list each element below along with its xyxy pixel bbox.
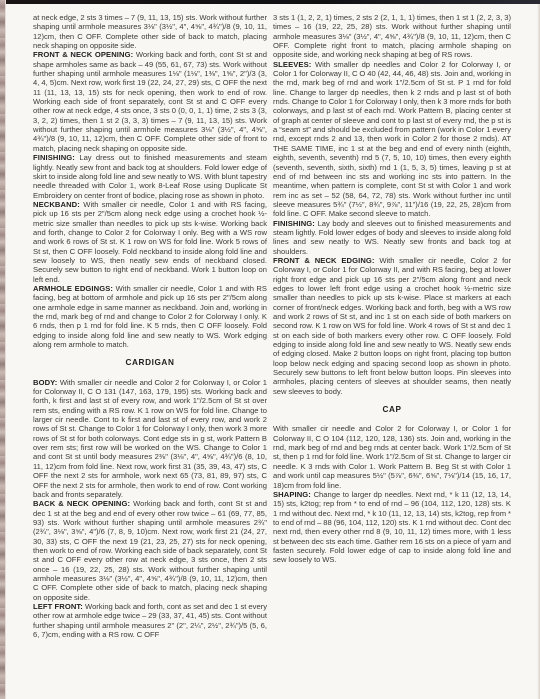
pattern-paragraph: 3 sts 1 (1, 2, 2, 1) times, 2 sts 2 (2, … (273, 13, 511, 60)
scanned-pattern-page: at neck edge, 2 sts 3 times – 7 (9, 11, … (0, 0, 540, 699)
pattern-paragraph: FINISHING: Lay body and sleeves out to f… (273, 219, 511, 256)
pattern-paragraph: ARMHOLE EDGINGS: With smaller cir needle… (33, 284, 267, 349)
section-label: BODY: (33, 378, 60, 387)
section-label: FRONT & NECK EDGING: (273, 256, 379, 265)
section-label: SLEEVES: (273, 60, 315, 69)
page-top-edge-shadow (0, 0, 540, 4)
pattern-paragraph: FRONT & NECK EDGING: With smaller cir ne… (273, 256, 511, 396)
section-label: ARMHOLE EDGINGS: (33, 284, 116, 293)
section-label: FINISHING: (33, 153, 79, 162)
pattern-paragraph: BACK & NECK OPENING: Working back and fo… (33, 499, 267, 602)
left-column: at neck edge, 2 sts 3 times – 7 (9, 11, … (33, 13, 267, 639)
section-heading: CAP (273, 405, 511, 414)
section-heading: CARDIGAN (33, 358, 267, 367)
pattern-paragraph: FINISHING: Lay dress out to finished mea… (33, 153, 267, 200)
section-label: FINISHING: (273, 219, 318, 228)
section-label: SHAPING: (273, 490, 314, 499)
pattern-paragraph: FRONT & NECK OPENING: Working back and f… (33, 50, 267, 153)
pattern-paragraph: LEFT FRONT: Working back and forth, cont… (33, 602, 267, 639)
pattern-paragraph: BODY: With smaller cir needle and Color … (33, 378, 267, 499)
pattern-paragraph: With smaller cir needle and Color 2 for … (273, 424, 511, 489)
page-spine-edge (0, 0, 6, 699)
section-label: LEFT FRONT: (33, 602, 85, 611)
section-label: NECKBAND: (33, 200, 83, 209)
right-column: 3 sts 1 (1, 2, 2, 1) times, 2 sts 2 (2, … (273, 13, 511, 565)
section-label: FRONT & NECK OPENING: (33, 50, 136, 59)
pattern-paragraph: NECKBAND: With smaller cir needle, Color… (33, 200, 267, 284)
pattern-paragraph: SLEEVES: With smaller dp needles and Col… (273, 60, 511, 219)
pattern-paragraph: SHAPING: Change to larger dp needles. Ne… (273, 490, 511, 565)
pattern-paragraph: at neck edge, 2 sts 3 times – 7 (9, 11, … (33, 13, 267, 50)
section-label: BACK & NECK OPENING: (33, 499, 133, 508)
